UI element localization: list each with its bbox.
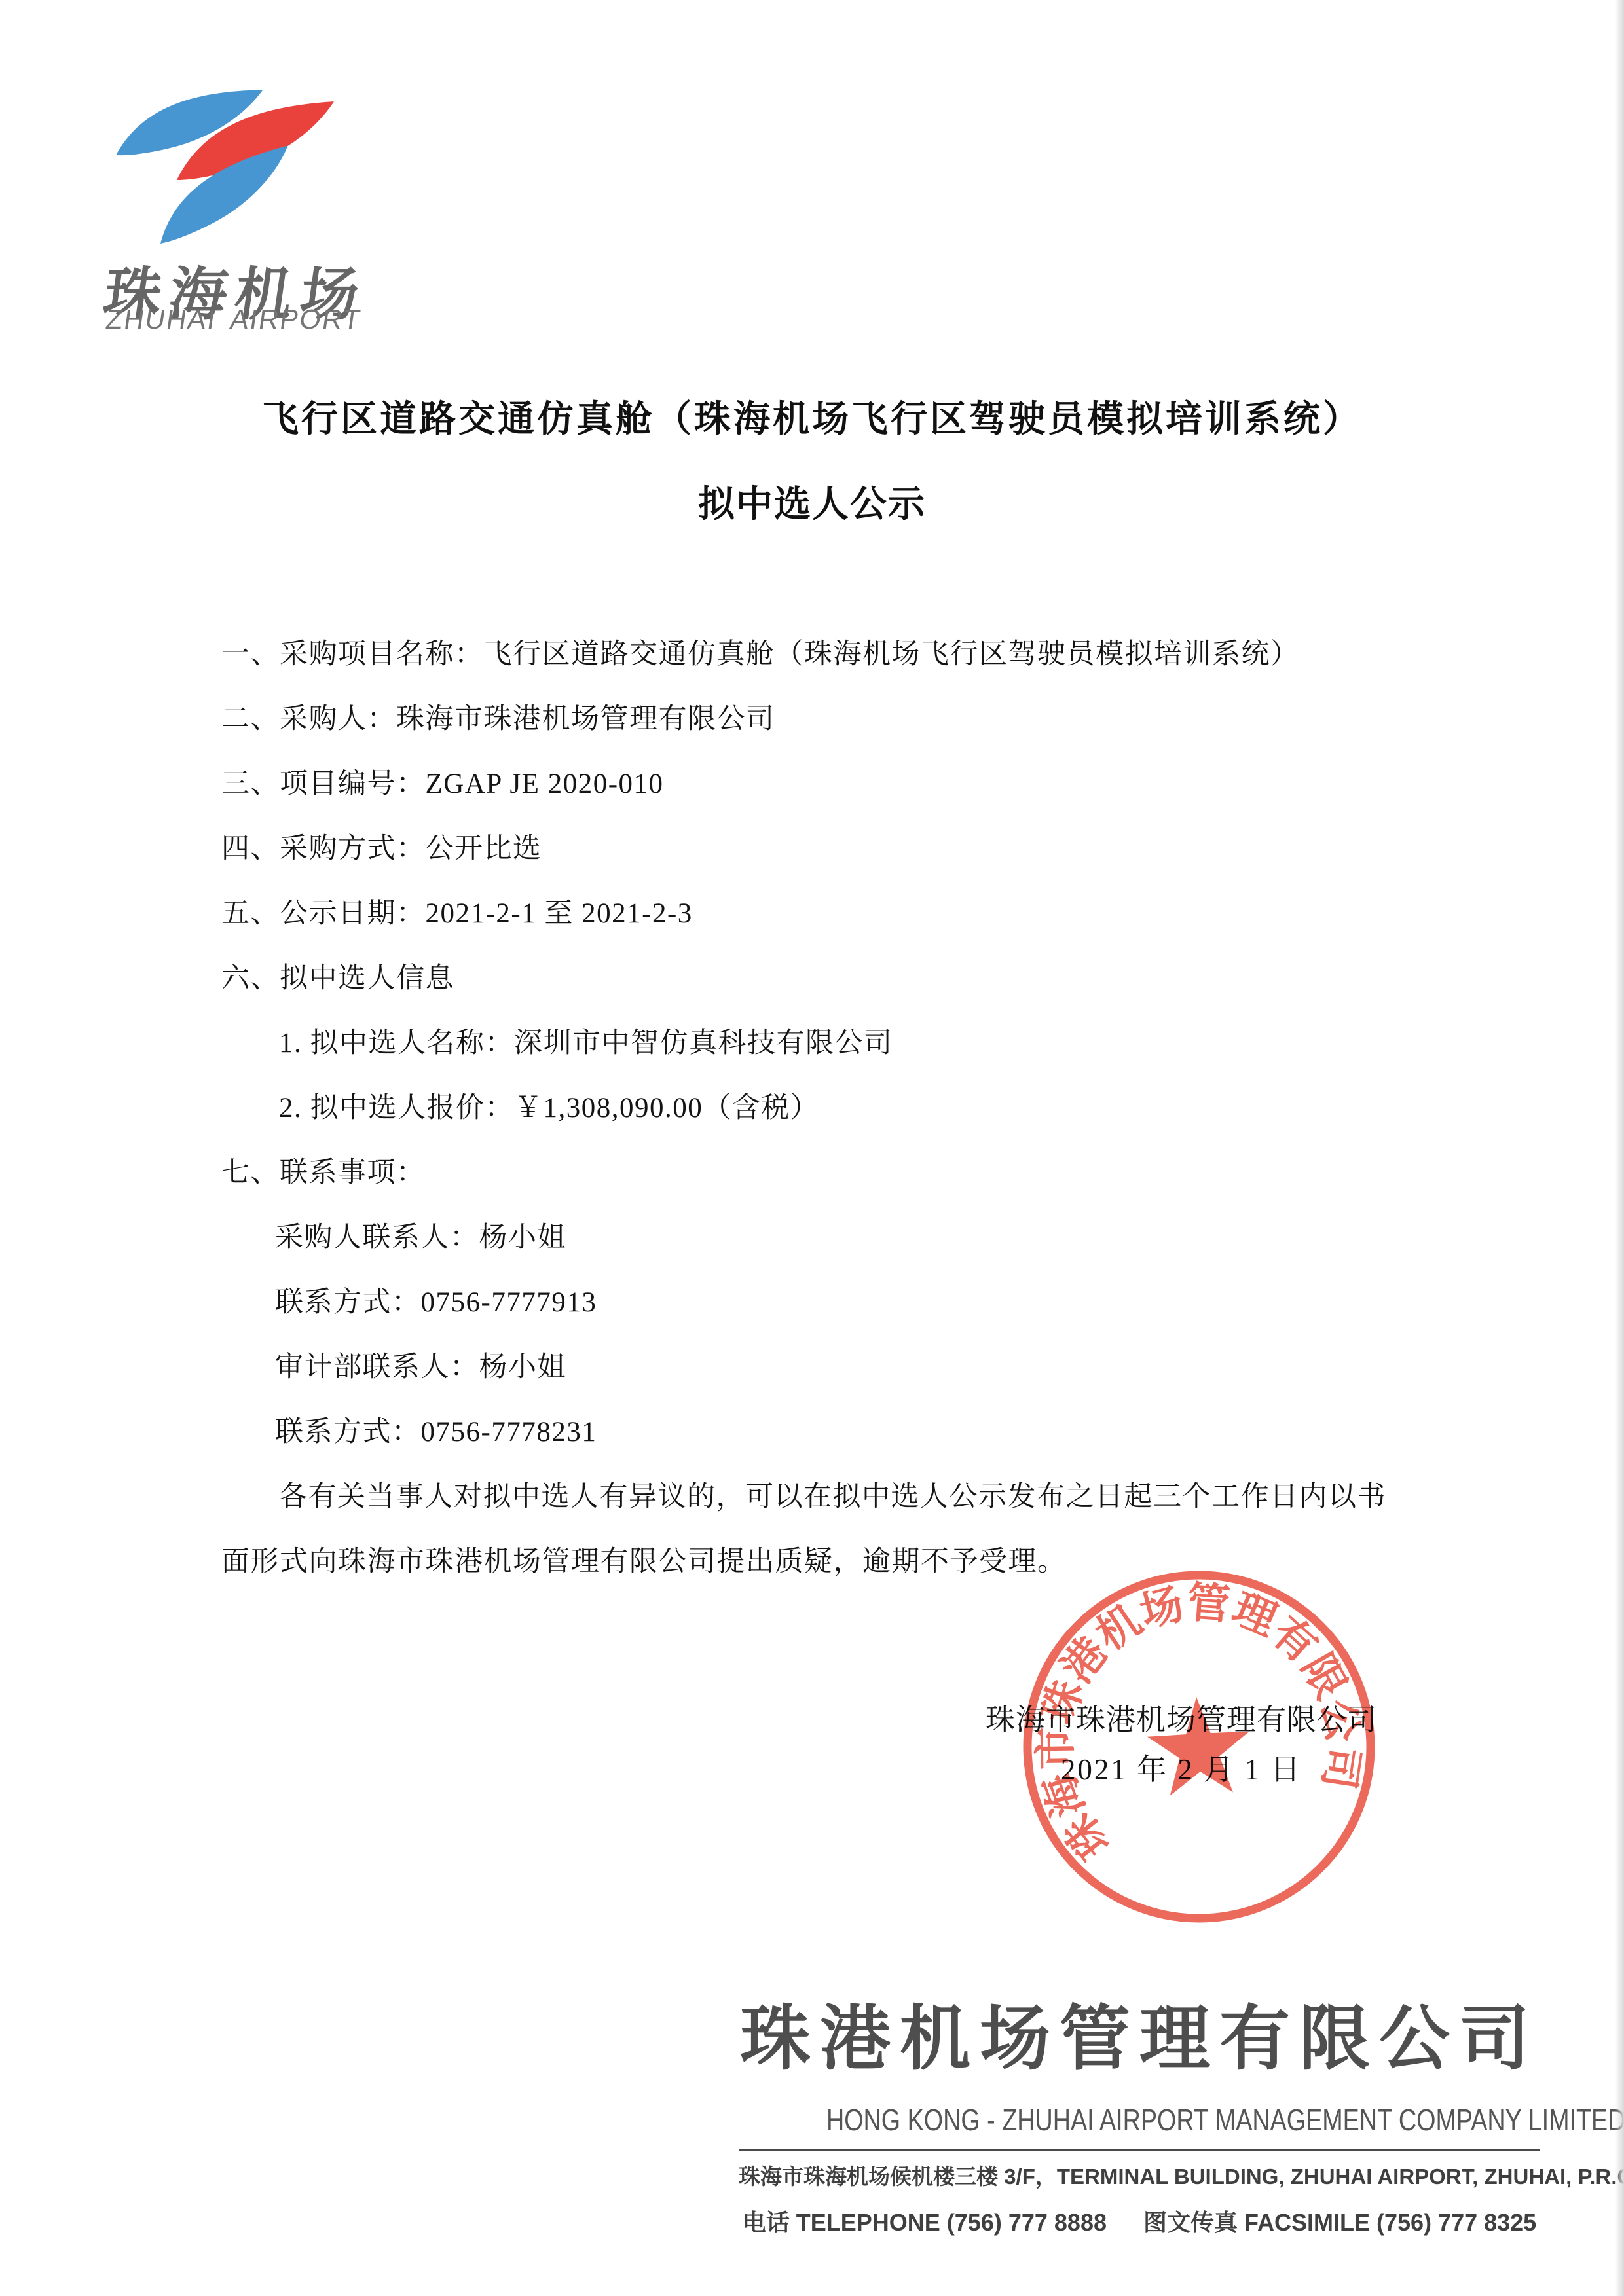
footer-company-en: HONG KONG - ZHUHAI AIRPORT MANAGEMENT CO…	[826, 2102, 1624, 2138]
document-subtitle: 拟中选人公示	[0, 475, 1624, 528]
document-body: 一、采购项目名称：飞行区道路交通仿真舱（珠海机场飞行区驾驶员模拟培训系统） 二、…	[221, 622, 1413, 1594]
seal-star-icon	[1145, 1694, 1253, 1796]
logo-english-name: ZHUHAI AIRPORT	[104, 304, 363, 335]
logo-swoosh-icon	[98, 73, 406, 257]
footer-block: 珠港机场管理有限公司 HONG KONG - ZHUHAI AIRPORT MA…	[739, 2002, 1540, 2241]
item-winner-price: 2. 拟中选人报价：￥1,308,090.00（含税）	[279, 1076, 1413, 1140]
audit-contact-tel: 联系方式：0756-7778231	[275, 1400, 1413, 1465]
seal-graphic: 珠海市珠港机场管理有限公司	[1013, 1561, 1385, 1933]
item-winner-info: 六、拟中选人信息	[221, 946, 1413, 1011]
footer-telephone: 电话 TELEPHONE (756) 777 8888	[743, 2209, 1107, 2236]
item-publicity-date: 五、公示日期：2021-2-1 至 2021-2-3	[221, 881, 1413, 946]
item-contact-matters: 七、联系事项：	[221, 1140, 1413, 1205]
item-project-number: 三、项目编号：ZGAP JE 2020-010	[221, 752, 1413, 816]
audit-contact: 审计部联系人：杨小姐	[275, 1335, 1413, 1400]
footer-phone-line: 电话 TELEPHONE (756) 777 8888图文传真 FACSIMIL…	[739, 2204, 1540, 2241]
purchaser-contact: 采购人联系人：杨小姐	[275, 1205, 1413, 1270]
scan-edge-artifact	[1615, 0, 1624, 2296]
document-title: 飞行区道路交通仿真舱（珠海机场飞行区驾驶员模拟培训系统）	[0, 390, 1624, 443]
item-purchase-method: 四、采购方式：公开比选	[221, 816, 1413, 881]
document-page: 珠海机场 ZHUHAI AIRPORT 飞行区道路交通仿真舱（珠海机场飞行区驾驶…	[0, 0, 1624, 2296]
footer-facsimile: 图文传真 FACSIMILE (756) 777 8325	[1143, 2209, 1536, 2236]
footer-address: 珠海市珠海机场候机楼三楼 3/F，TERMINAL BUILDING, ZHUH…	[739, 2160, 1540, 2194]
item-winner-name: 1. 拟中选人名称：深圳市中智仿真科技有限公司	[279, 1011, 1413, 1076]
objection-paragraph-line1: 各有关当事人对拟中选人有异议的，可以在拟中选人公示发布之日起三个工作日内以书	[279, 1465, 1413, 1529]
purchaser-contact-tel: 联系方式：0756-7777913	[275, 1270, 1413, 1335]
item-project-name: 一、采购项目名称：飞行区道路交通仿真舱（珠海机场飞行区驾驶员模拟培训系统）	[221, 622, 1413, 687]
footer-divider	[739, 2149, 1540, 2151]
company-seal-stamp: 珠海市珠港机场管理有限公司	[1013, 1561, 1385, 1933]
footer-company-cn: 珠港机场管理有限公司	[739, 2002, 1540, 2075]
airport-logo: 珠海机场 ZHUHAI AIRPORT	[98, 73, 413, 348]
item-purchaser: 二、采购人：珠海市珠港机场管理有限公司	[221, 687, 1413, 752]
